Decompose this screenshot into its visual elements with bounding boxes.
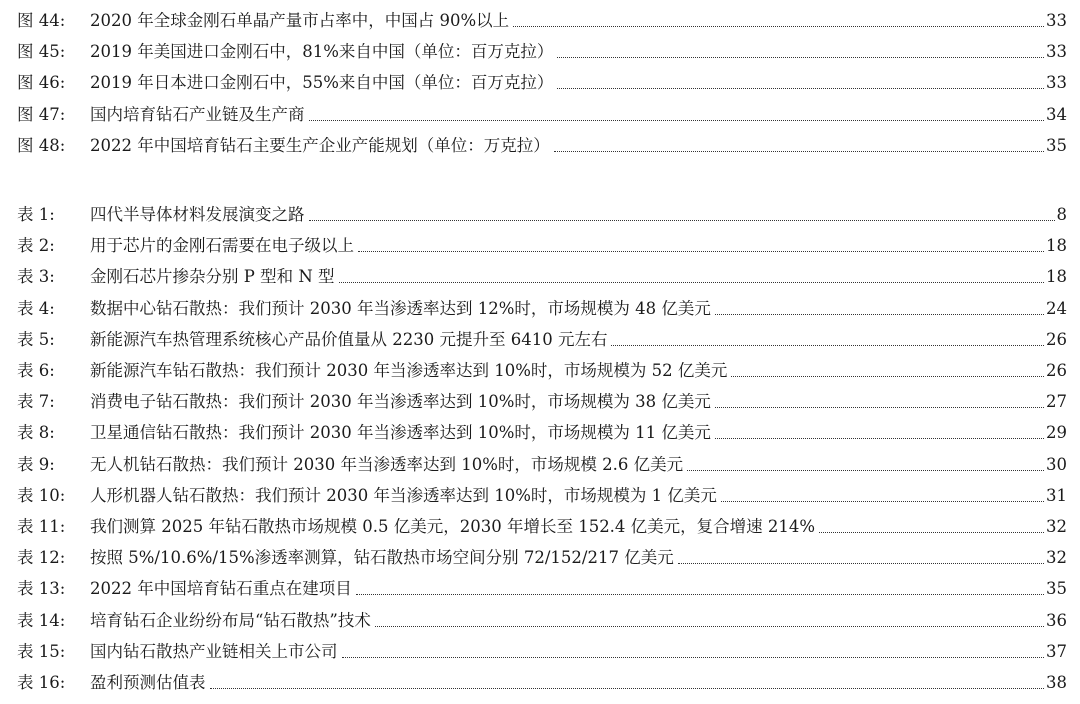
figure-label: 图 45: xyxy=(17,36,90,67)
figure-label: 图 46: xyxy=(17,67,90,98)
dot-leader xyxy=(309,99,1045,130)
toc-entry-table-1[interactable]: 表 1: 四代半导体材料发展演变之路 8 xyxy=(17,199,1067,230)
dot-leader xyxy=(715,386,1044,417)
toc-entry-table-11[interactable]: 表 11: 我们测算 2025 年钻石散热市场规模 0.5 亿美元，2030 年… xyxy=(17,511,1067,542)
page-number: 18 xyxy=(1046,261,1067,292)
figure-title: 2022 年中国培育钻石主要生产企业产能规划（单位：万克拉） xyxy=(90,130,550,161)
page-number: 31 xyxy=(1046,480,1067,511)
table-label: 表 4: xyxy=(17,293,90,324)
dot-leader xyxy=(358,230,1044,261)
table-label: 表 5: xyxy=(17,324,90,355)
dot-leader xyxy=(731,355,1044,386)
table-label: 表 13: xyxy=(17,573,90,604)
table-title: 国内钻石散热产业链相关上市公司 xyxy=(90,636,338,667)
table-label: 表 14: xyxy=(17,605,90,636)
toc-entry-table-14[interactable]: 表 14: 培育钻石企业纷纷布局“钻石散热”技术 36 xyxy=(17,604,1067,635)
dot-leader xyxy=(819,511,1044,542)
toc-entry-table-15[interactable]: 表 15: 国内钻石散热产业链相关上市公司 37 xyxy=(17,636,1067,667)
table-title: 2022 年中国培育钻石重点在建项目 xyxy=(90,573,352,604)
table-title: 数据中心钻石散热：我们预计 2030 年当渗透率达到 12%时，市场规模为 48… xyxy=(90,293,711,324)
table-label: 表 10: xyxy=(17,480,90,511)
table-title: 卫星通信钻石散热：我们预计 2030 年当渗透率达到 10%时，市场规模为 11… xyxy=(90,417,711,448)
table-label: 表 7: xyxy=(17,386,90,417)
toc-entry-table-7[interactable]: 表 7: 消费电子钻石散热：我们预计 2030 年当渗透率达到 10%时，市场规… xyxy=(17,386,1067,417)
toc-entry-table-4[interactable]: 表 4: 数据中心钻石散热：我们预计 2030 年当渗透率达到 12%时，市场规… xyxy=(17,293,1067,324)
figure-label: 图 44: xyxy=(17,5,90,36)
table-label: 表 12: xyxy=(17,542,90,573)
toc-entry-table-2[interactable]: 表 2: 用于芯片的金刚石需要在电子级以上 18 xyxy=(17,230,1067,261)
page-number: 27 xyxy=(1046,386,1067,417)
dot-leader xyxy=(557,67,1044,98)
dot-leader xyxy=(356,573,1044,604)
page-number: 32 xyxy=(1046,542,1067,573)
figure-title: 2020 年全球金刚石单晶产量市占率中，中国占 90%以上 xyxy=(90,5,509,36)
table-title: 培育钻石企业纷纷布局“钻石散热”技术 xyxy=(90,605,371,636)
dot-leader xyxy=(557,36,1044,67)
page-number: 33 xyxy=(1046,67,1067,98)
table-label: 表 16: xyxy=(17,667,90,698)
table-title: 按照 5%/10.6%/15%渗透率测算，钻石散热市场空间分别 72/152/2… xyxy=(90,542,674,573)
page-number: 33 xyxy=(1046,5,1067,36)
toc-entry-table-12[interactable]: 表 12: 按照 5%/10.6%/15%渗透率测算，钻石散热市场空间分别 72… xyxy=(17,542,1067,573)
page-number: 34 xyxy=(1046,99,1067,130)
page-number: 38 xyxy=(1046,667,1067,698)
table-label: 表 6: xyxy=(17,355,90,386)
table-title: 新能源汽车热管理系统核心产品价值量从 2230 元提升至 6410 元左右 xyxy=(90,324,607,355)
toc-entry-table-3[interactable]: 表 3: 金刚石芯片掺杂分别 P 型和 N 型 18 xyxy=(17,261,1067,292)
dot-leader xyxy=(210,667,1045,698)
table-title: 消费电子钻石散热：我们预计 2030 年当渗透率达到 10%时，市场规模为 38… xyxy=(90,386,711,417)
figure-title: 2019 年日本进口金刚石中，55%来自中国（单位：百万克拉） xyxy=(90,67,553,98)
toc-entry-figure-46[interactable]: 图 46: 2019 年日本进口金刚石中，55%来自中国（单位：百万克拉） 33 xyxy=(17,67,1067,98)
dot-leader xyxy=(554,130,1044,161)
dot-leader xyxy=(715,293,1044,324)
toc-entry-table-8[interactable]: 表 8: 卫星通信钻石散热：我们预计 2030 年当渗透率达到 10%时，市场规… xyxy=(17,417,1067,448)
list-of-figures: 图 44: 2020 年全球金刚石单晶产量市占率中，中国占 90%以上 33 图… xyxy=(17,5,1067,161)
table-label: 表 15: xyxy=(17,636,90,667)
page-number: 30 xyxy=(1046,449,1067,480)
dot-leader xyxy=(375,605,1044,636)
table-label: 表 11: xyxy=(17,511,90,542)
toc-entry-table-16[interactable]: 表 16: 盈利预测估值表 38 xyxy=(17,667,1067,698)
page-number: 26 xyxy=(1046,355,1067,386)
table-label: 表 9: xyxy=(17,449,90,480)
table-title: 四代半导体材料发展演变之路 xyxy=(90,199,305,230)
page-number: 18 xyxy=(1046,230,1067,261)
toc-entry-figure-47[interactable]: 图 47: 国内培育钻石产业链及生产商 34 xyxy=(17,99,1067,130)
toc-entry-table-6[interactable]: 表 6: 新能源汽车钻石散热：我们预计 2030 年当渗透率达到 10%时，市场… xyxy=(17,355,1067,386)
table-title: 盈利预测估值表 xyxy=(90,667,206,698)
table-label: 表 1: xyxy=(17,199,90,230)
page-number: 35 xyxy=(1046,130,1067,161)
page-number: 35 xyxy=(1046,573,1067,604)
table-label: 表 2: xyxy=(17,230,90,261)
page-number: 36 xyxy=(1046,605,1067,636)
page-number: 32 xyxy=(1046,511,1067,542)
page-number: 8 xyxy=(1057,199,1068,230)
dot-leader xyxy=(339,261,1044,292)
dot-leader xyxy=(715,417,1044,448)
dot-leader xyxy=(513,5,1044,36)
dot-leader xyxy=(309,199,1055,230)
page-number: 29 xyxy=(1046,417,1067,448)
figure-label: 图 48: xyxy=(17,130,90,161)
dot-leader xyxy=(678,542,1044,573)
dot-leader xyxy=(721,480,1044,511)
table-title: 人形机器人钻石散热：我们预计 2030 年当渗透率达到 10%时，市场规模为 1… xyxy=(90,480,717,511)
table-title: 新能源汽车钻石散热：我们预计 2030 年当渗透率达到 10%时，市场规模为 5… xyxy=(90,355,727,386)
toc-entry-table-10[interactable]: 表 10: 人形机器人钻石散热：我们预计 2030 年当渗透率达到 10%时，市… xyxy=(17,480,1067,511)
page-number: 24 xyxy=(1046,293,1067,324)
dot-leader xyxy=(342,636,1045,667)
figure-title: 2019 年美国进口金刚石中，81%来自中国（单位：百万克拉） xyxy=(90,36,553,67)
page-number: 26 xyxy=(1046,324,1067,355)
table-title: 用于芯片的金刚石需要在电子级以上 xyxy=(90,230,354,261)
dot-leader xyxy=(611,324,1044,355)
table-title: 无人机钻石散热：我们预计 2030 年当渗透率达到 10%时，市场规模 2.6 … xyxy=(90,449,683,480)
toc-entry-figure-45[interactable]: 图 45: 2019 年美国进口金刚石中，81%来自中国（单位：百万克拉） 33 xyxy=(17,36,1067,67)
toc-entry-table-9[interactable]: 表 9: 无人机钻石散热：我们预计 2030 年当渗透率达到 10%时，市场规模… xyxy=(17,449,1067,480)
toc-entry-table-13[interactable]: 表 13: 2022 年中国培育钻石重点在建项目 35 xyxy=(17,573,1067,604)
page-number: 33 xyxy=(1046,36,1067,67)
toc-entry-figure-44[interactable]: 图 44: 2020 年全球金刚石单晶产量市占率中，中国占 90%以上 33 xyxy=(17,5,1067,36)
table-title: 金刚石芯片掺杂分别 P 型和 N 型 xyxy=(90,261,335,292)
list-of-tables: 表 1: 四代半导体材料发展演变之路 8 表 2: 用于芯片的金刚石需要在电子级… xyxy=(17,199,1067,698)
figure-title: 国内培育钻石产业链及生产商 xyxy=(90,99,305,130)
table-title: 我们测算 2025 年钻石散热市场规模 0.5 亿美元，2030 年增长至 15… xyxy=(90,511,815,542)
table-label: 表 3: xyxy=(17,261,90,292)
figure-label: 图 47: xyxy=(17,99,90,130)
table-label: 表 8: xyxy=(17,417,90,448)
toc-entry-figure-48[interactable]: 图 48: 2022 年中国培育钻石主要生产企业产能规划（单位：万克拉） 35 xyxy=(17,130,1067,161)
toc-entry-table-5[interactable]: 表 5: 新能源汽车热管理系统核心产品价值量从 2230 元提升至 6410 元… xyxy=(17,324,1067,355)
dot-leader xyxy=(687,449,1044,480)
page-number: 37 xyxy=(1046,636,1067,667)
